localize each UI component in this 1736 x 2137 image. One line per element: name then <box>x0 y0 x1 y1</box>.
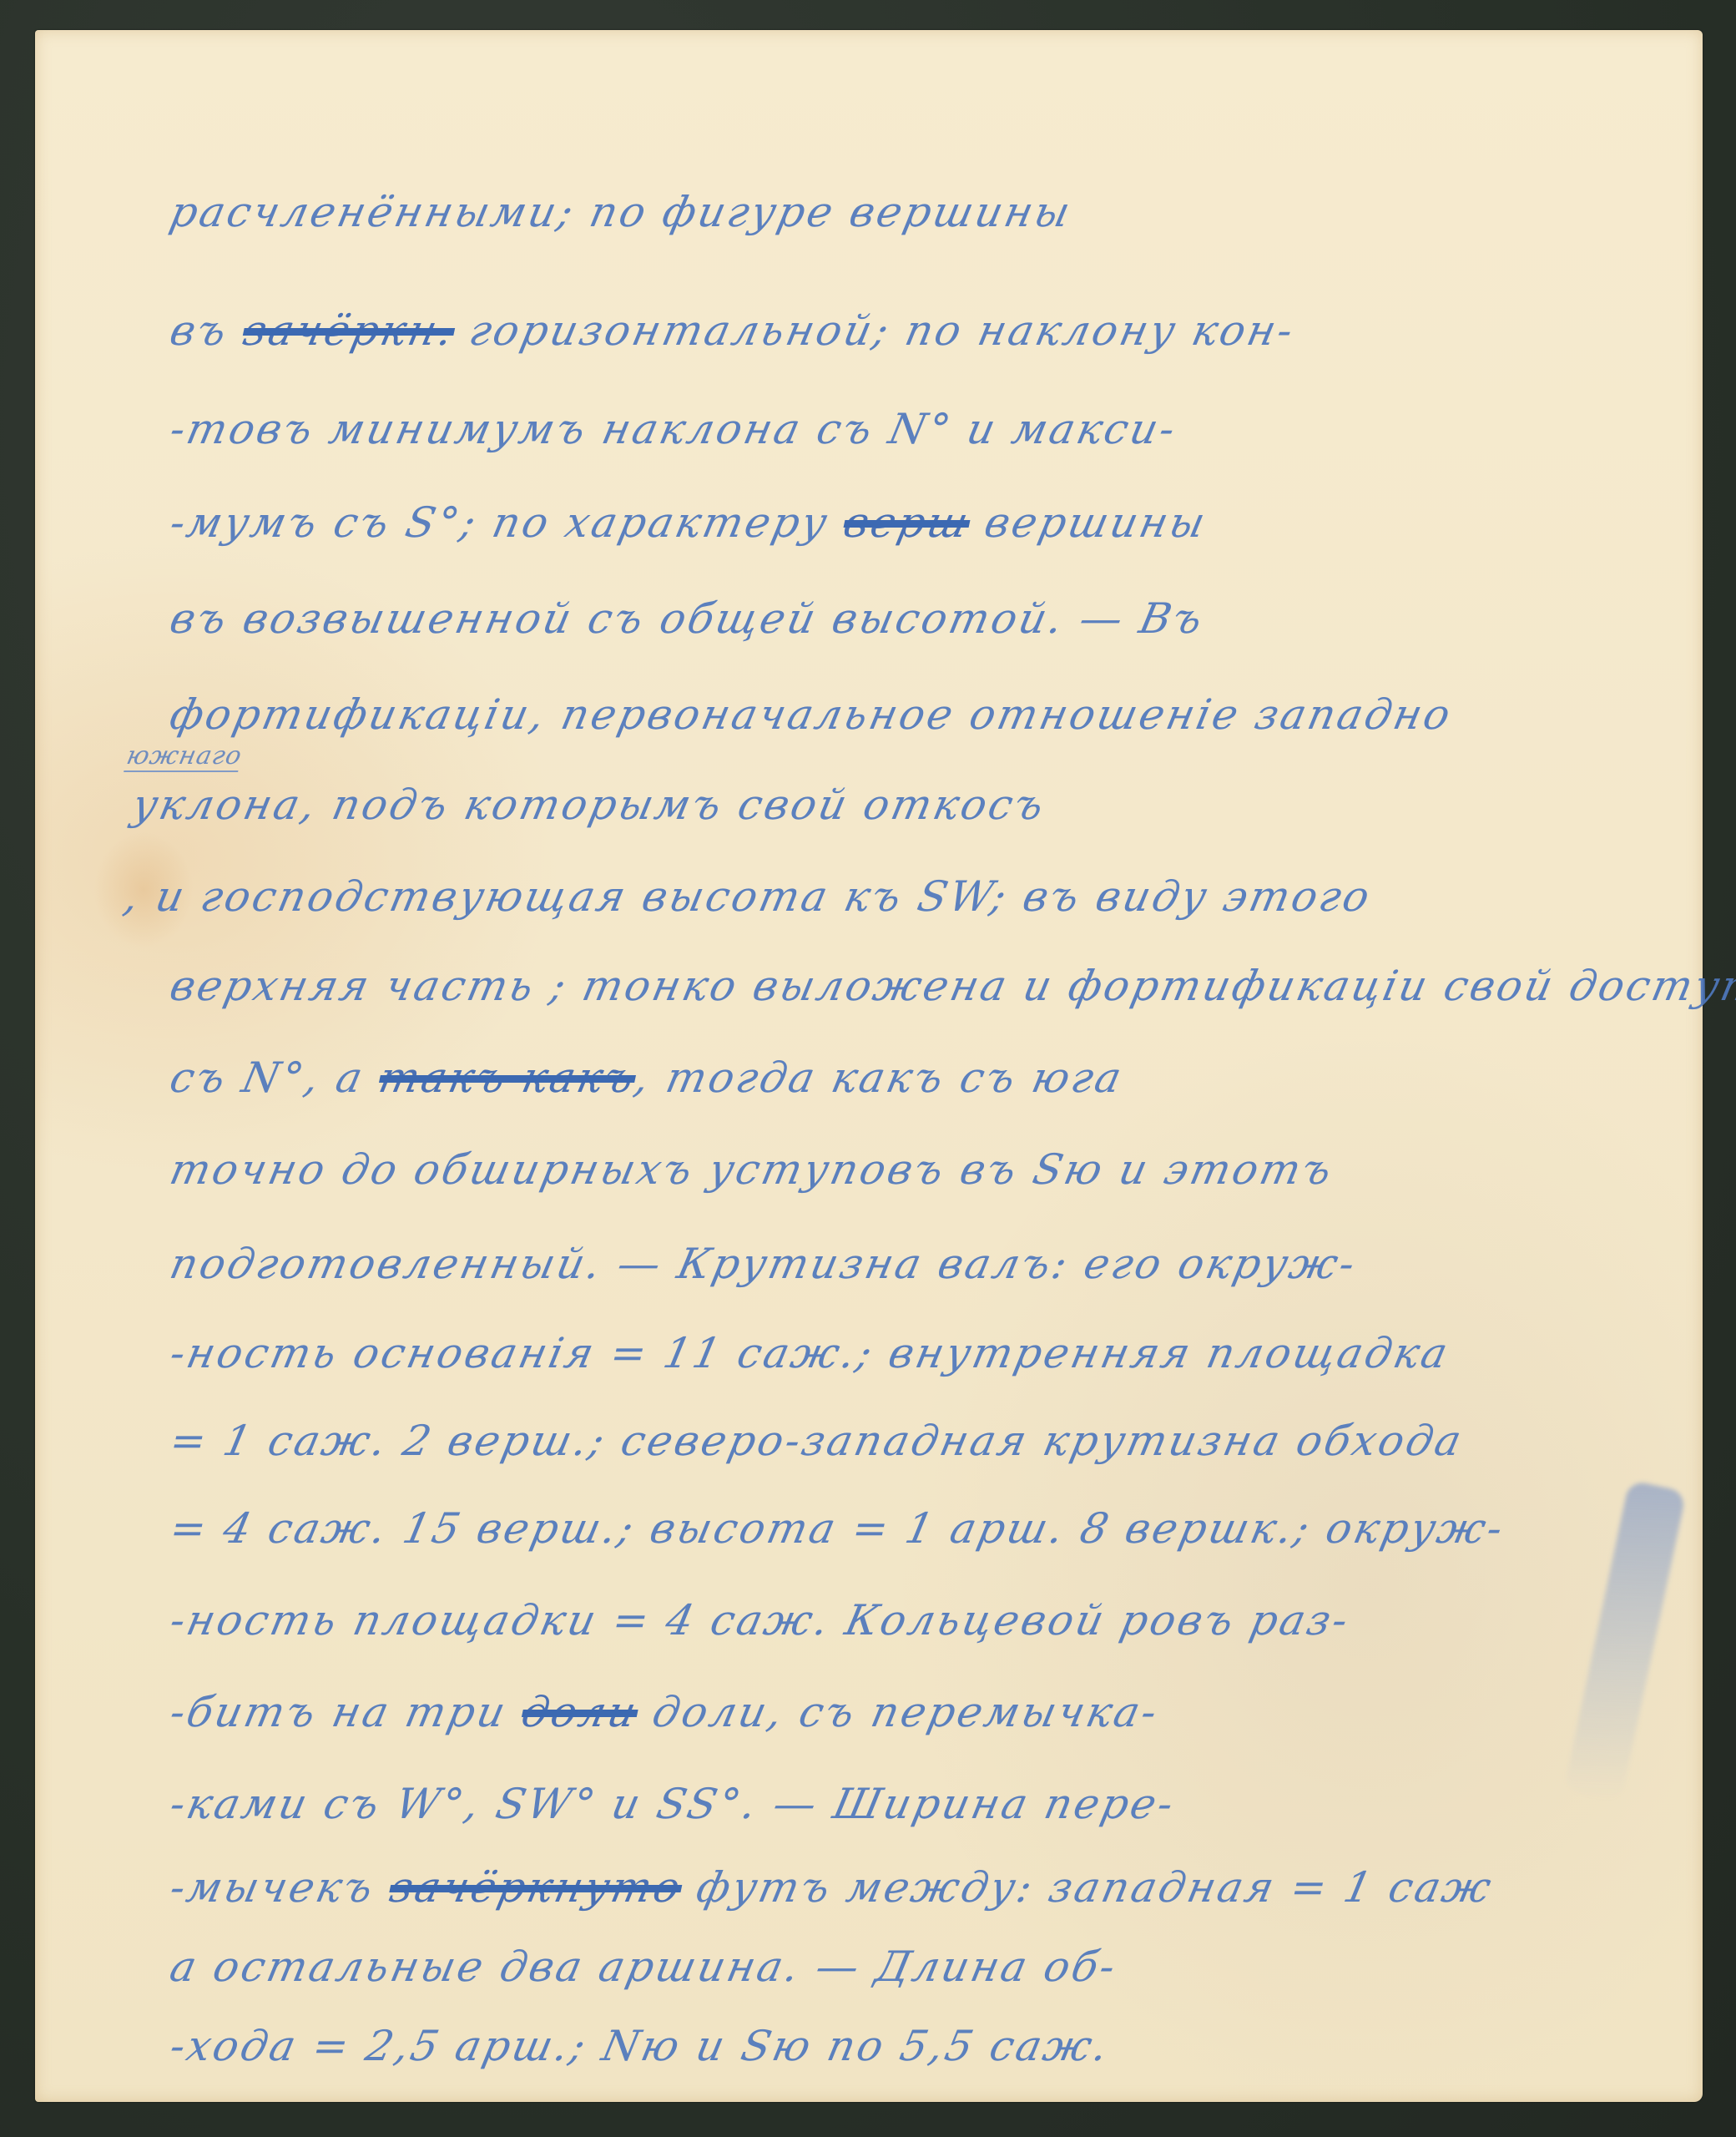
manuscript-line-2: въ зачёркн. горизонтальной; по наклону к… <box>160 280 1674 381</box>
manuscript-line-16: -ность площадки = 4 саж. Кольцевой ровъ … <box>160 1570 1674 1670</box>
manuscript-line-17: -битъ на три доли доли, съ перемычка- <box>160 1662 1674 1762</box>
manuscript-line-9: верхняя часть ; тонко выложена и фортифи… <box>160 936 1674 1036</box>
manuscript-line-5: въ возвышенной съ общей высотой. — Въ <box>160 568 1674 669</box>
manuscript-page: расчленёнными; по фигуре вершины въ зачё… <box>35 30 1703 2102</box>
manuscript-line-15: = 4 саж. 15 верш.; высота = 1 арш. 8 вер… <box>160 1478 1674 1579</box>
manuscript-line-4: -мумъ съ S°; по характеру верш вершины <box>160 472 1674 573</box>
manuscript-line-12: подготовленный. — Крутизна валъ: его окр… <box>160 1214 1674 1314</box>
manuscript-line-11: точно до обширныхъ уступовъ въ Sю и этот… <box>160 1119 1674 1220</box>
manuscript-line-21: -хода = 2,5 арш.; Nю и Sю по 5,5 саж. <box>160 1996 1674 2096</box>
manuscript-line-3: -товъ минимумъ наклона съ N° и макси- <box>160 379 1674 479</box>
manuscript-line-7: уклона, подъ которымъ свой откосъ <box>123 755 1674 855</box>
manuscript-line-1: расчленёнными; по фигуре вершины <box>160 162 1674 262</box>
manuscript-line-10: съ N°, а такъ какъ, тогда какъ съ юга <box>160 1028 1674 1128</box>
struck-word: верш <box>840 498 975 547</box>
manuscript-line-14: = 1 саж. 2 верш.; северо-западная крутиз… <box>160 1391 1674 1491</box>
struck-word: доли <box>517 1688 643 1736</box>
manuscript-line-8: , и господствующая высота къ SW; въ виду… <box>114 846 1674 947</box>
manuscript-line-6: фортификаціи, первоначальное отношеніе з… <box>160 664 1674 765</box>
manuscript-line-13: -ность основанія = 11 саж.; внутренняя п… <box>160 1303 1674 1403</box>
struck-word: такъ какъ <box>375 1053 640 1102</box>
struck-word: зачёркнуто <box>385 1863 686 1912</box>
struck-word: зачёркн. <box>239 306 460 355</box>
